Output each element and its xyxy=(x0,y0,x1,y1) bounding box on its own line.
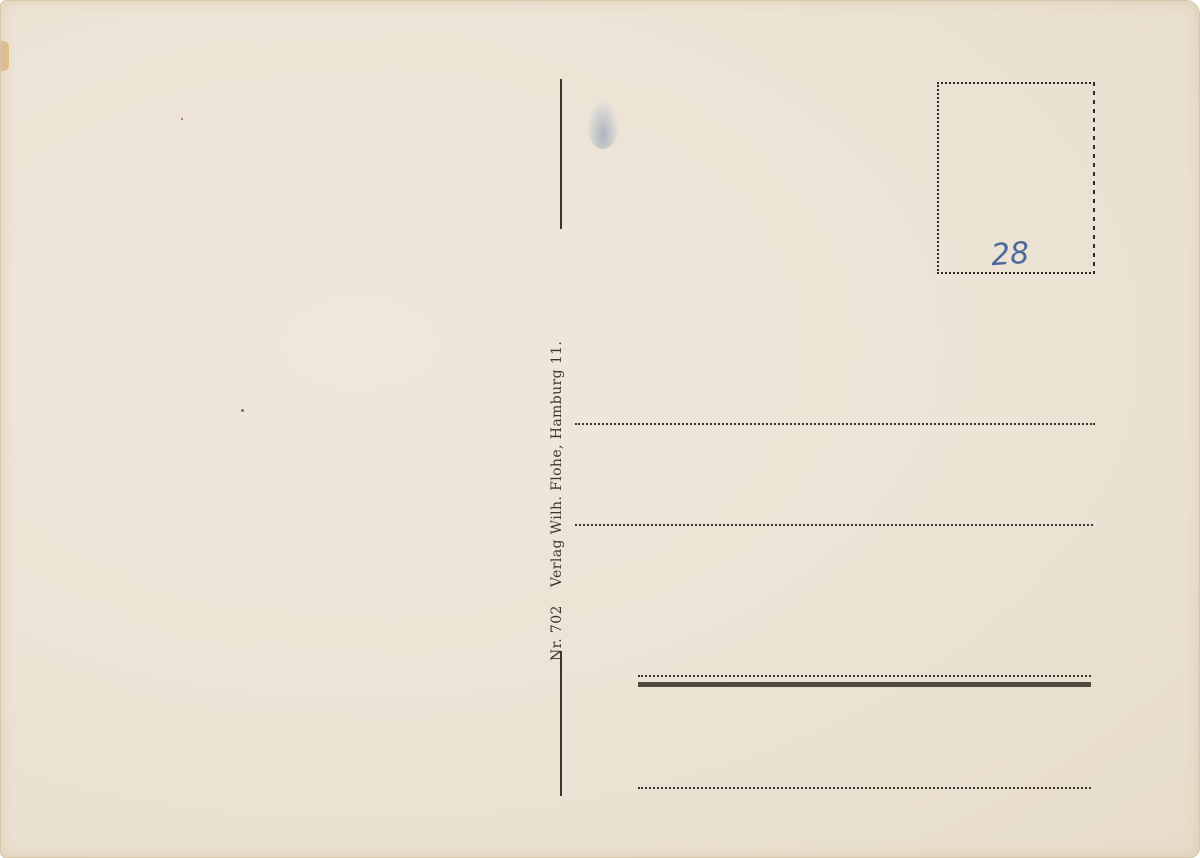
card-number: Nr. 702 xyxy=(549,605,565,661)
address-line-2 xyxy=(575,524,1093,526)
paper-speck xyxy=(181,118,183,120)
address-line-4 xyxy=(638,787,1091,789)
edge-stain xyxy=(1,41,9,71)
address-underline-thick xyxy=(638,682,1091,687)
publisher-name: Verlag Wilh. Flohe, Hamburg 11. xyxy=(549,341,565,587)
address-line-3 xyxy=(638,675,1091,677)
handwritten-note: 28 xyxy=(990,236,1031,274)
ink-smudge xyxy=(587,101,619,149)
publisher-imprint: Nr. 702Verlag Wilh. Flohe, Hamburg 11. xyxy=(549,341,565,661)
center-divider-bottom xyxy=(560,651,562,796)
center-divider-top xyxy=(560,79,562,229)
stamp-box-perforation xyxy=(1093,82,1095,272)
postcard-back: Nr. 702Verlag Wilh. Flohe, Hamburg 11. 2… xyxy=(0,0,1200,858)
address-line-1 xyxy=(575,423,1095,425)
paper-speck xyxy=(241,409,244,412)
